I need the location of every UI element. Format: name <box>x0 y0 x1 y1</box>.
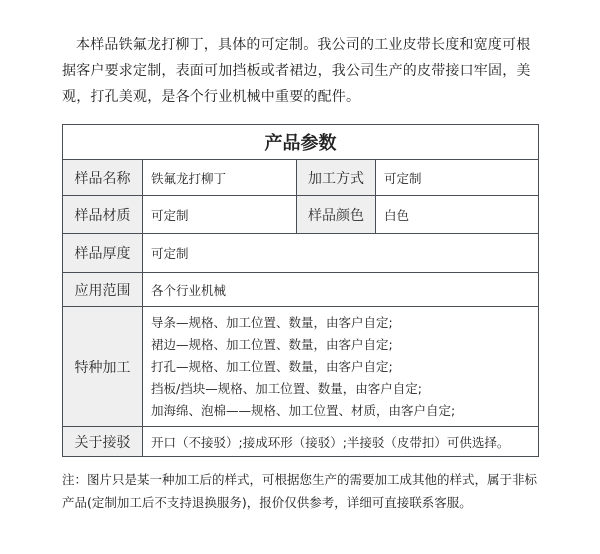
note-paragraph: 注：图片只是某一种加工后的样式，可根据您生产的需要加工成其他的样式，属于非标产品… <box>62 468 542 514</box>
special-line: 裙边—规格、加工位置、数量，由客户自定; <box>151 334 538 356</box>
label-color: 样品颜色 <box>297 196 376 234</box>
table-row: 样品名称 铁氟龙打柳丁 加工方式 可定制 <box>63 160 539 196</box>
label-process-method: 加工方式 <box>297 160 376 196</box>
table-row: 样品材质 可定制 样品颜色 白色 <box>63 196 539 234</box>
table-row: 样品厚度 可定制 <box>63 234 539 273</box>
label-thickness: 样品厚度 <box>63 234 143 273</box>
value-joint: 开口（不接驳）;接成环形（接驳）;半接驳（皮带扣）可供选择。 <box>143 427 539 457</box>
value-special-processing: 导条—规格、加工位置、数量，由客户自定; 裙边—规格、加工位置、数量，由客户自定… <box>143 307 539 427</box>
intro-text: 本样品铁氟龙打柳丁，具体的可定制。我公司的工业皮带长度和宽度可根据客户要求定制，… <box>62 32 542 110</box>
product-parameters-table: 产品参数 样品名称 铁氟龙打柳丁 加工方式 可定制 样品材质 可定制 样品颜色 … <box>62 124 539 457</box>
intro-paragraph: 本样品铁氟龙打柳丁，具体的可定制。我公司的工业皮带长度和宽度可根据客户要求定制，… <box>62 32 542 110</box>
label-application: 应用范围 <box>63 273 143 307</box>
special-line: 打孔—规格、加工位置、数量，由客户自定; <box>151 356 538 378</box>
label-sample-name: 样品名称 <box>63 160 143 196</box>
special-line: 加海绵、泡棉——规格、加工位置、材质，由客户自定; <box>151 400 538 422</box>
table-title: 产品参数 <box>63 125 539 160</box>
table-row: 特种加工 导条—规格、加工位置、数量，由客户自定; 裙边—规格、加工位置、数量，… <box>63 307 539 427</box>
value-sample-name: 铁氟龙打柳丁 <box>143 160 297 196</box>
table-row: 应用范围 各个行业机械 <box>63 273 539 307</box>
value-material: 可定制 <box>143 196 297 234</box>
special-line: 挡板/挡块—规格、加工位置、数量，由客户自定; <box>151 378 538 400</box>
value-application: 各个行业机械 <box>143 273 539 307</box>
label-material: 样品材质 <box>63 196 143 234</box>
table-row: 关于接驳 开口（不接驳）;接成环形（接驳）;半接驳（皮带扣）可供选择。 <box>63 427 539 457</box>
value-thickness: 可定制 <box>143 234 539 273</box>
value-process-method: 可定制 <box>376 160 539 196</box>
value-color: 白色 <box>376 196 539 234</box>
label-joint: 关于接驳 <box>63 427 143 457</box>
note-text: 注：图片只是某一种加工后的样式，可根据您生产的需要加工成其他的样式，属于非标产品… <box>62 468 542 514</box>
label-special-processing: 特种加工 <box>63 307 143 427</box>
special-line: 导条—规格、加工位置、数量，由客户自定; <box>151 312 538 334</box>
